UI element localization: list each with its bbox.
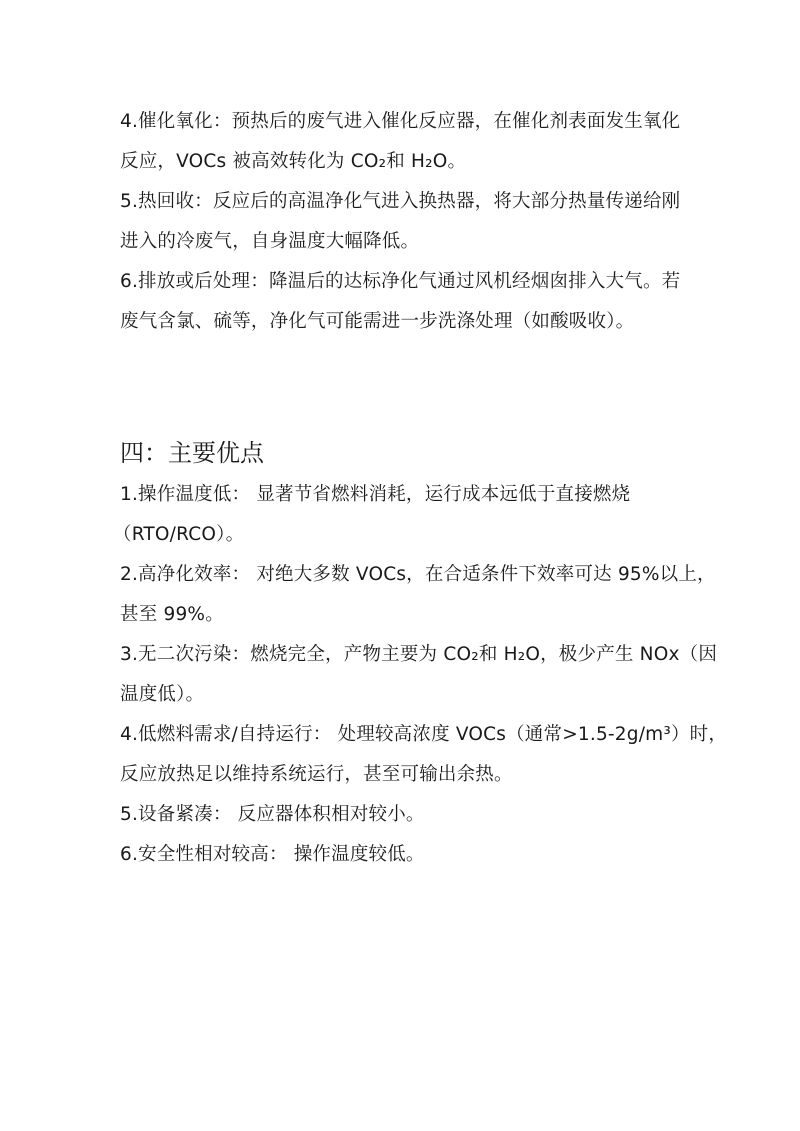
step-5-line-1: 5.热回收：反应后的高温净化气进入换热器，将大部分热量传递给刚 xyxy=(120,190,680,214)
step-5-line-2: 进入的冷废气，自身温度大幅降低。 xyxy=(120,230,419,254)
step-4-line-1: 4.催化氧化：预热后的废气进入催化反应器，在催化剂表面发生氧化 xyxy=(120,110,680,134)
advantage-3-line-1: 3.无二次污染：燃烧完全，产物主要为 CO₂和 H₂O，极少产生 NOx（因 xyxy=(120,643,717,667)
advantage-5-line-1: 5.设备紧凑： 反应器体积相对较小。 xyxy=(120,803,425,827)
advantage-1-line-2: （RTO/RCO）。 xyxy=(113,523,244,547)
advantage-6-line-1: 6.安全性相对较高： 操作温度较低。 xyxy=(120,843,425,867)
step-6-line-1: 6.排放或后处理：降温后的达标净化气通过风机经烟囱排入大气。若 xyxy=(120,270,680,294)
advantage-4-line-1: 4.低燃料需求/自持运行： 处理较高浓度 VOCs（通常>1.5-2g/m³）时… xyxy=(120,723,727,747)
advantages-heading: 四：主要优点 xyxy=(120,438,264,468)
step-6-line-2: 废气含氯、硫等，净化气可能需进一步洗涤处理（如酸吸收）。 xyxy=(120,310,634,334)
advantage-2-line-2: 甚至 99%。 xyxy=(120,603,224,627)
advantage-2-line-1: 2.高净化效率： 对绝大多数 VOCs，在合适条件下效率可达 95%以上， xyxy=(120,563,716,587)
advantage-3-line-2: 温度低）。 xyxy=(120,683,204,707)
advantage-1-line-1: 1.操作温度低： 显著节省燃料消耗，运行成本远低于直接燃烧 xyxy=(120,483,630,507)
document-page: 4.催化氧化：预热后的废气进入催化反应器，在催化剂表面发生氧化 反应，VOCs … xyxy=(0,0,800,1131)
advantage-4-line-2: 反应放热足以维持系统运行，甚至可输出余热。 xyxy=(120,763,513,787)
step-4-line-2: 反应，VOCs 被高效转化为 CO₂和 H₂O。 xyxy=(120,150,466,174)
